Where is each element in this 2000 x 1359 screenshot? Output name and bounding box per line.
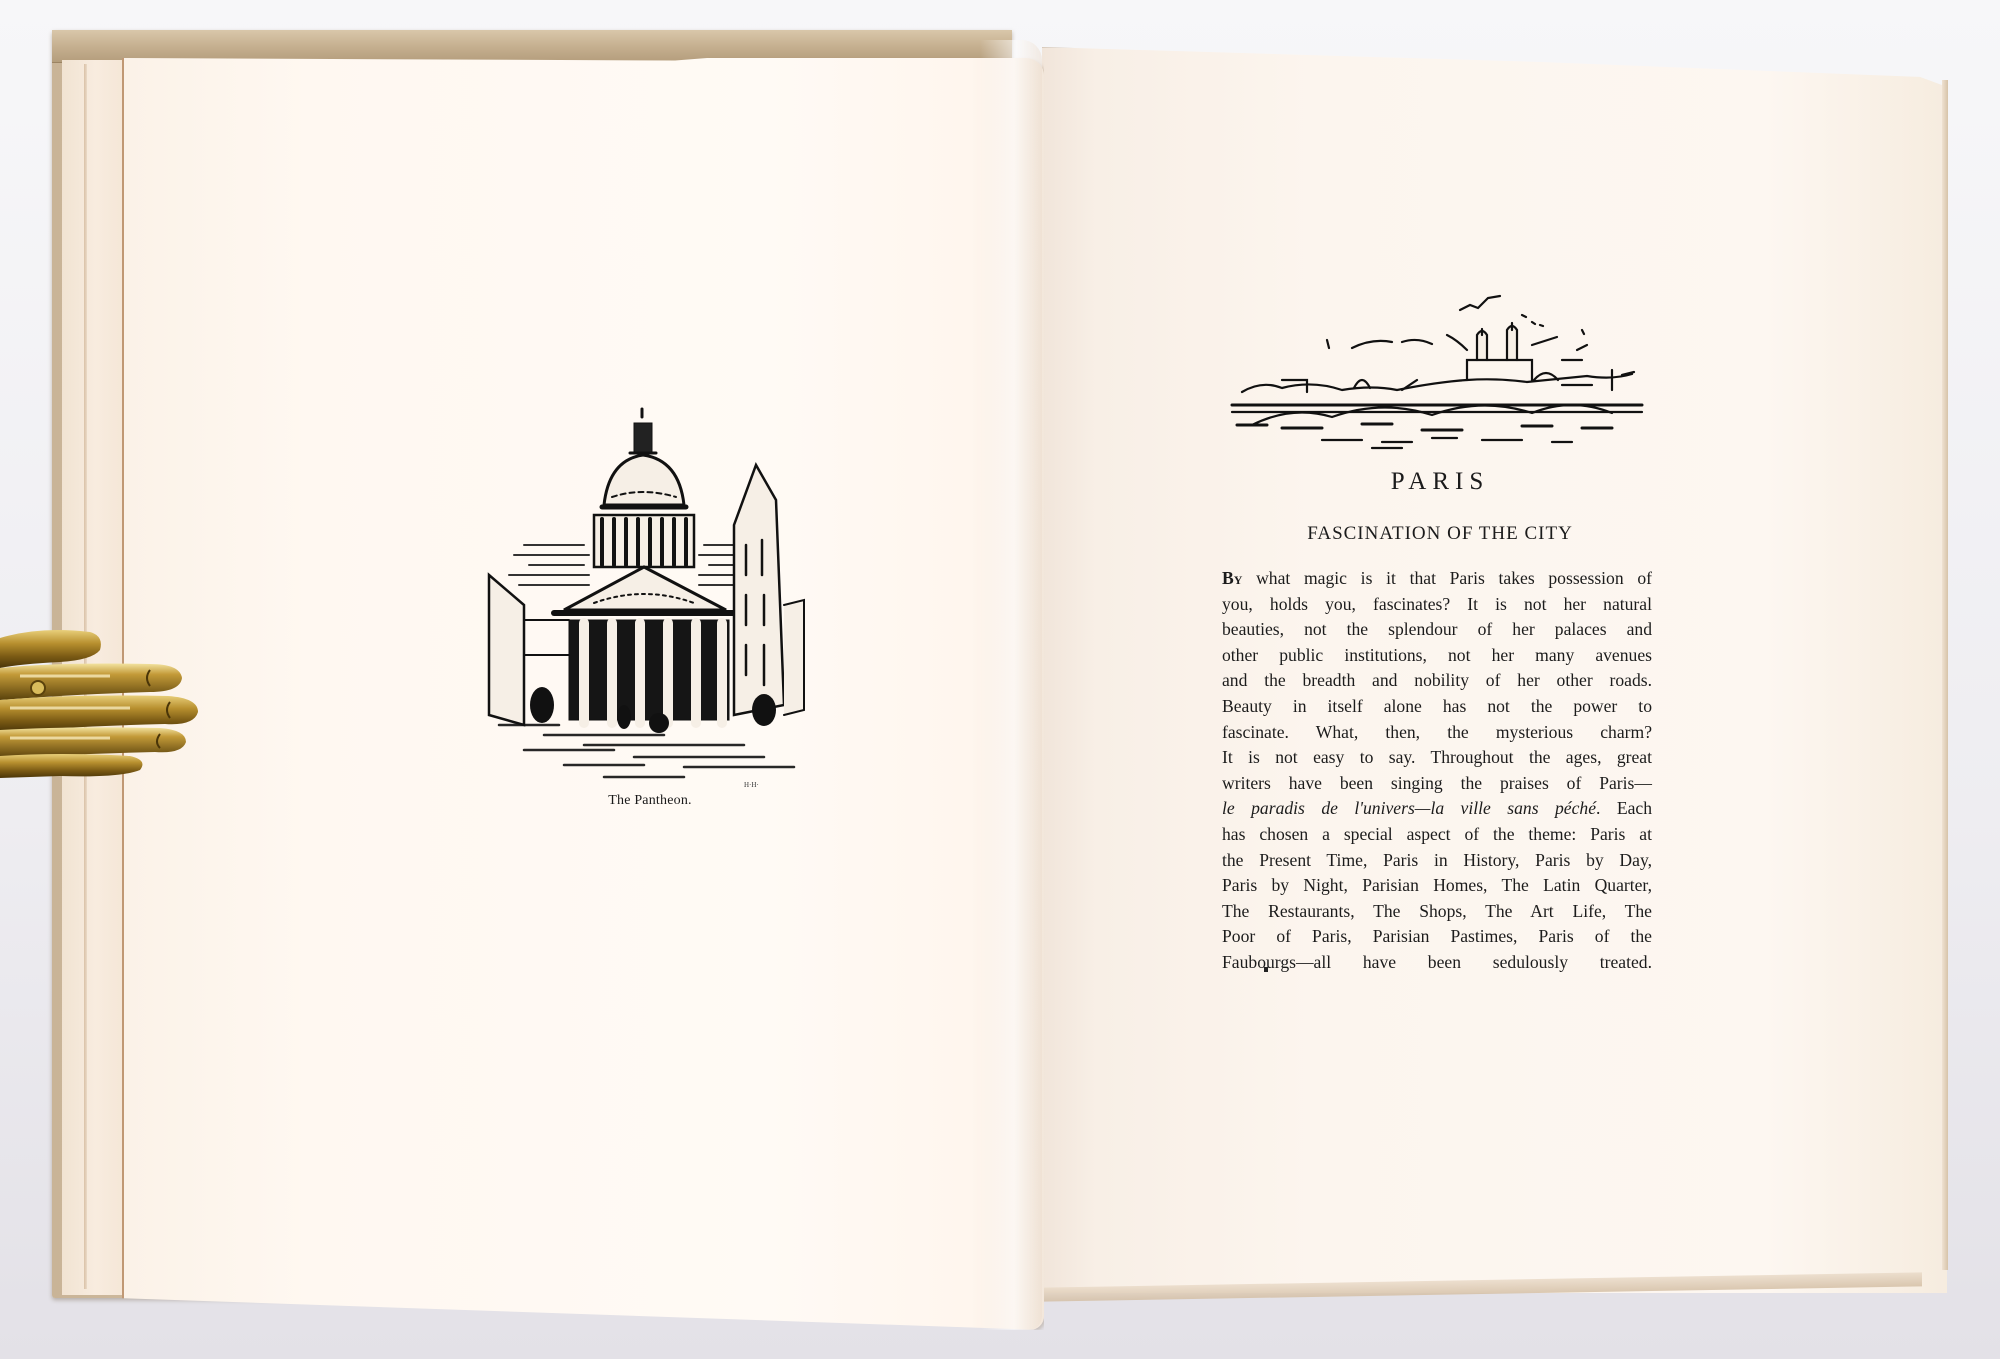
text-line: beauties, not the splendour of her palac… xyxy=(1222,617,1652,643)
text-line: writers have been singing the praises of… xyxy=(1222,771,1652,797)
text-line: Paris by Night, Parisian Homes, The Lati… xyxy=(1222,873,1652,899)
text-line: le paradis de l'univers—la ville sans pé… xyxy=(1222,796,1652,822)
text-line: fascinate. What, then, the mysterious ch… xyxy=(1222,720,1652,746)
text-line: Poor of Paris, Parisian Pastimes, Paris … xyxy=(1222,924,1652,950)
text-line: Beauty in itself alone has not the power… xyxy=(1222,694,1652,720)
body-text: By what magic is it that Paris takes pos… xyxy=(1222,566,1652,976)
dropcap-word: By xyxy=(1222,568,1242,588)
pantheon-illustration-icon: H·H· xyxy=(484,405,819,790)
illustration-caption: The Pantheon. xyxy=(560,793,740,809)
brass-hand-bookweight-icon[interactable] xyxy=(0,618,205,778)
text-line: you, holds you, fascinates? It is not he… xyxy=(1222,592,1652,618)
paris-skyline-illustration-icon xyxy=(1222,280,1652,450)
text-line: and the breadth and nobility of her othe… xyxy=(1222,668,1652,694)
right-page-fore-edge xyxy=(1942,80,1948,1270)
text-line: Faubourgs—all have been sedulously treat… xyxy=(1222,950,1652,976)
text-line: has chosen a special aspect of the theme… xyxy=(1222,822,1652,848)
printer-signature-mark xyxy=(1264,967,1268,972)
text-line: By what magic is it that Paris takes pos… xyxy=(1222,566,1652,592)
text-line: other public institutions, not her many … xyxy=(1222,643,1652,669)
chapter-subtitle: FASCINATION OF THE CITY xyxy=(1260,523,1620,545)
text-line: the Present Time, Paris in History, Pari… xyxy=(1222,848,1652,874)
left-page-gutter-curl xyxy=(980,40,1042,1330)
text-line: The Restaurants, The Shops, The Art Life… xyxy=(1222,899,1652,925)
text-line: It is not easy to say. Throughout the ag… xyxy=(1222,745,1652,771)
chapter-title: PARIS xyxy=(1340,468,1540,496)
svg-text:H·H·: H·H· xyxy=(744,781,759,789)
italic-phrase: le paradis de l'univers—la ville sans pé… xyxy=(1222,798,1596,818)
